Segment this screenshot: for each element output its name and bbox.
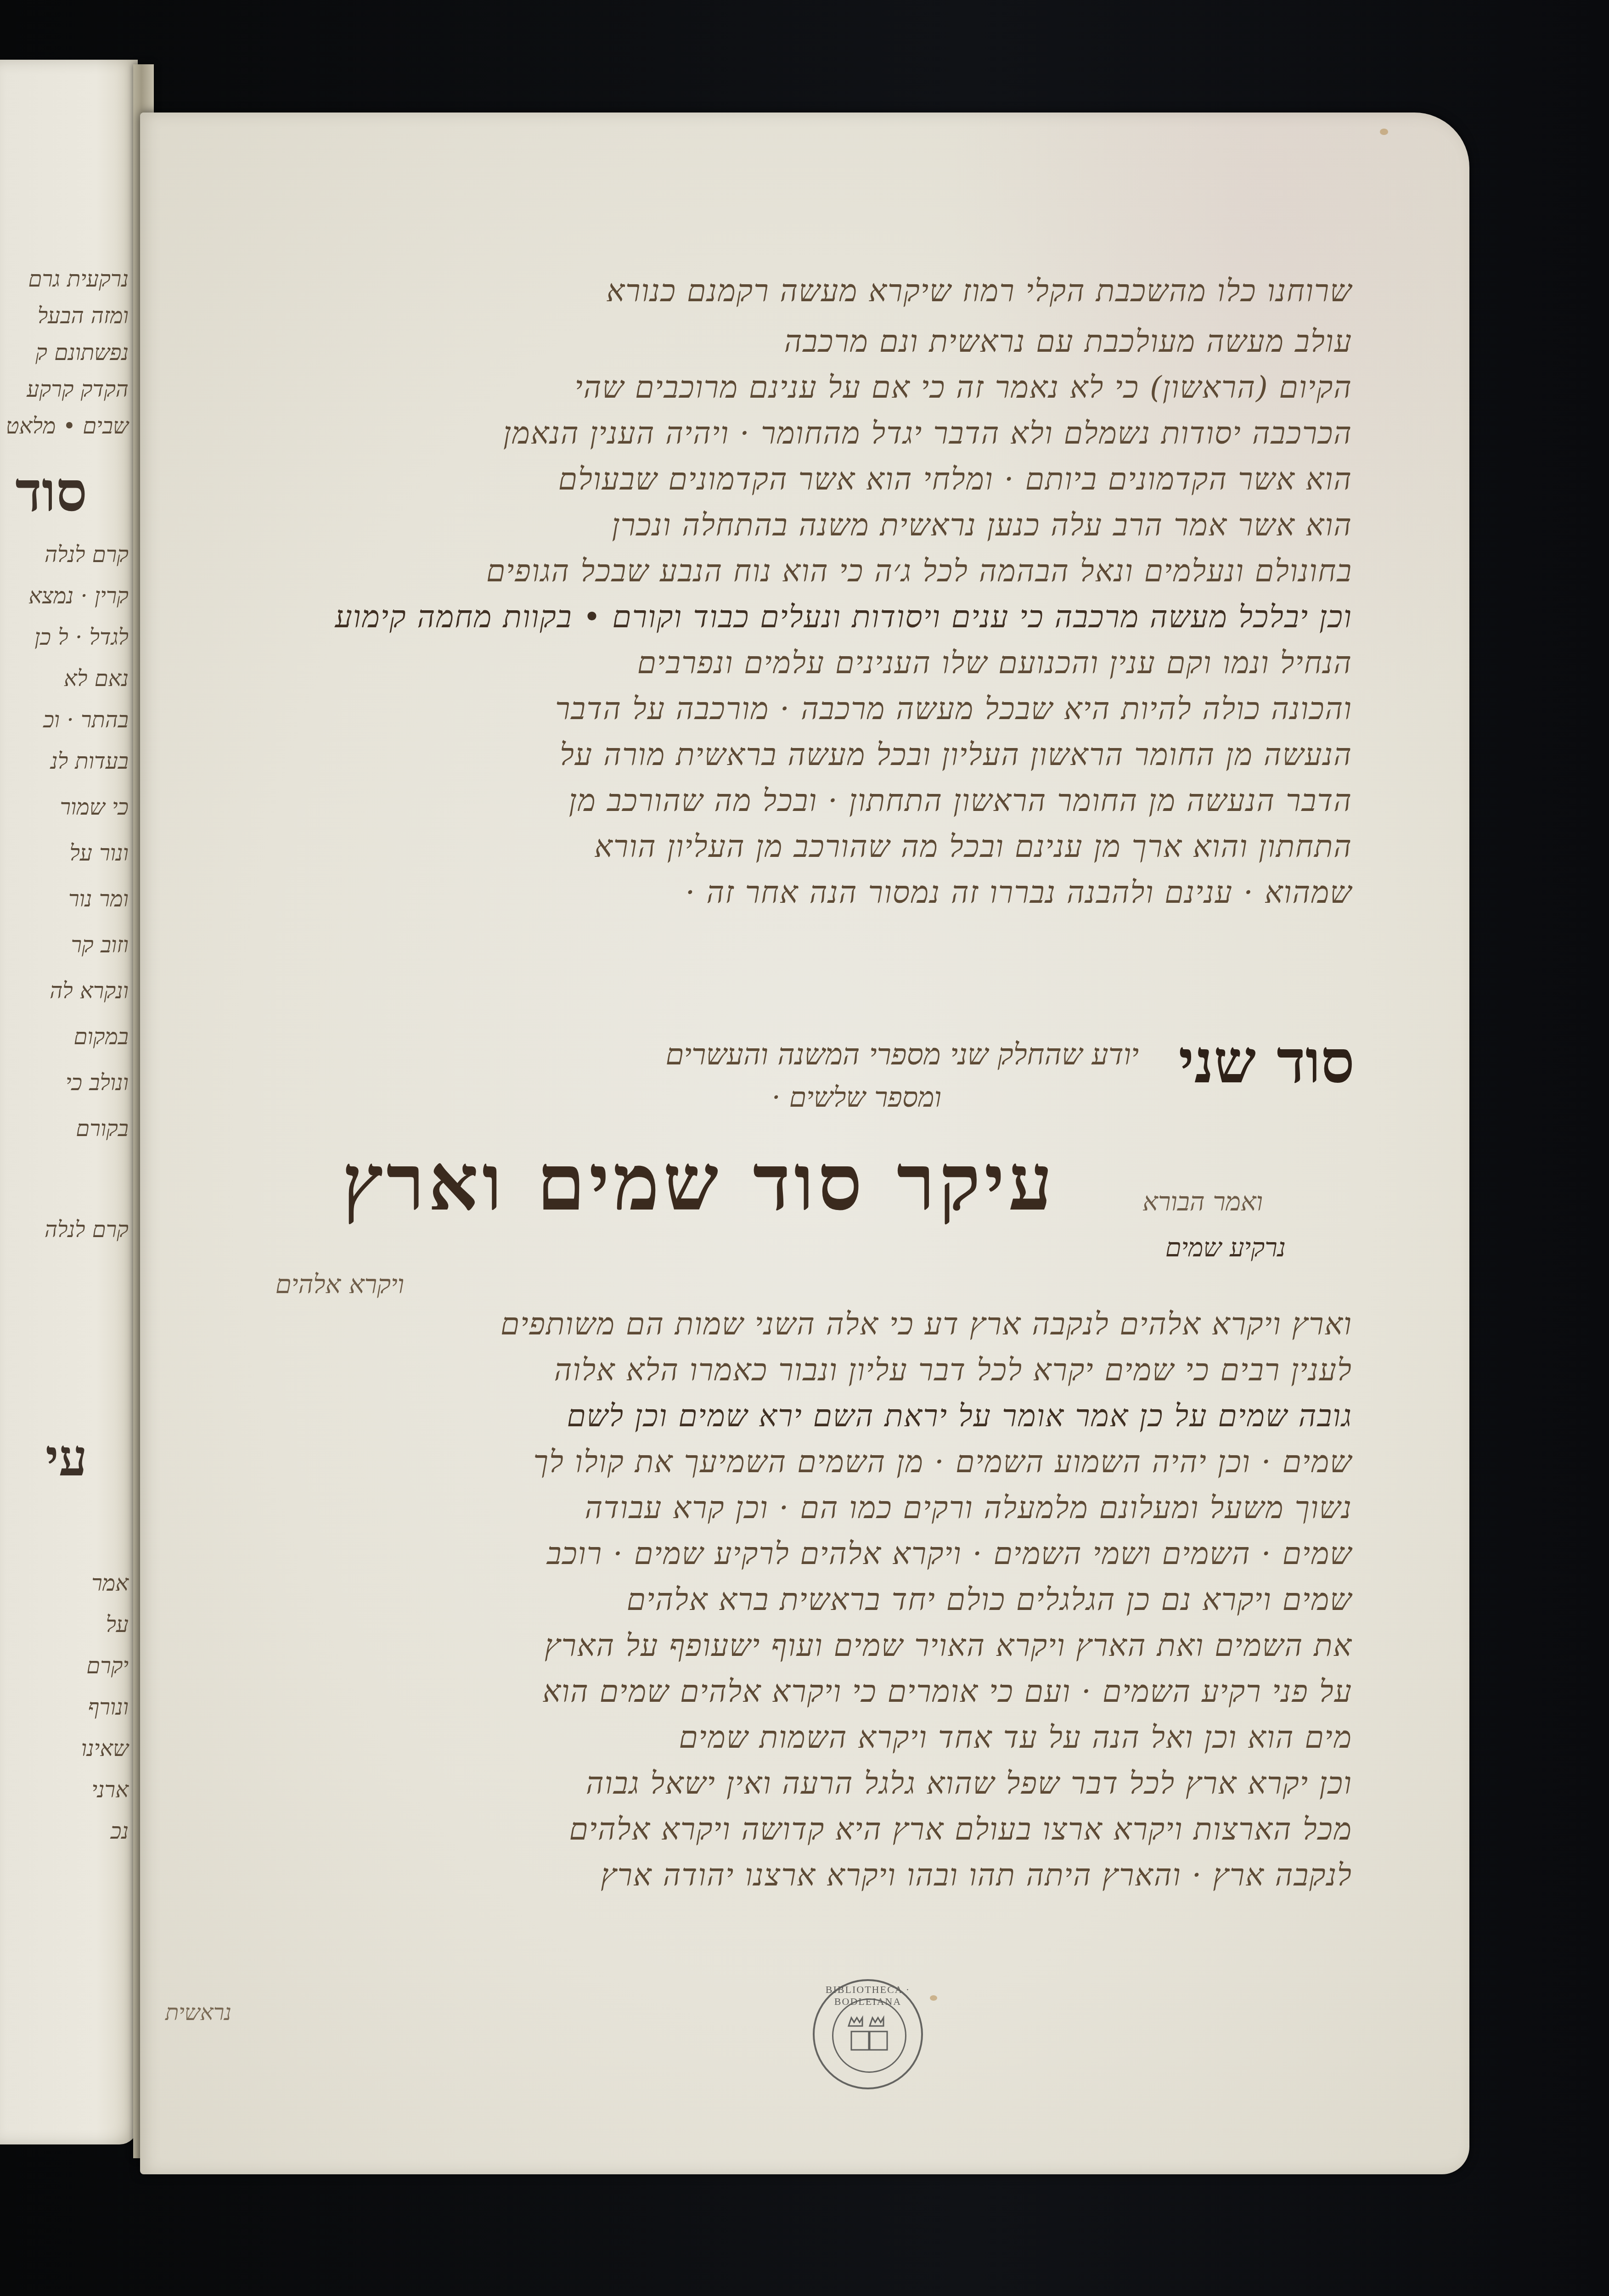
text-line: שמים · וכן יהיה השמוע השמים · מן השמים ה… bbox=[534, 1444, 1352, 1480]
text-line: וארץ ויקרא אלהים לנקבה ארץ דע כי אלה השנ… bbox=[501, 1306, 1352, 1342]
left-page-line: שבים • מלאט bbox=[6, 413, 129, 439]
left-page-line: נפשתונם ק bbox=[35, 340, 129, 366]
text-line: הנעשה מן החומר הראשון העליון ובכל מעשה ב… bbox=[560, 737, 1352, 773]
text-line: מכל הארצות ויקרא ארצו בעולם ארץ היא קדוש… bbox=[569, 1812, 1352, 1847]
text-line: והכונה כולה להיות היא שבכל מעשה מרכבה · … bbox=[555, 691, 1352, 727]
left-page-line: כי שמור bbox=[60, 794, 129, 820]
text-line: התחתון והוא ארך מן ענינם ובכל מה שהורכב … bbox=[594, 829, 1352, 865]
left-page-line: נאם לא bbox=[64, 666, 129, 692]
text-line: שמים · השמים ושמי השמים · ויקרא אלהים לר… bbox=[547, 1536, 1352, 1572]
left-page-line: בקורם bbox=[76, 1116, 129, 1142]
text-line: הוא אשר אמר הרב עלה כנען נראשית משנה בהת… bbox=[612, 507, 1352, 543]
library-stamp: BIBLIOTHECA · BODLEIANA bbox=[813, 1979, 923, 2089]
main-heading-margin-note-below: נרקיע שמים bbox=[1165, 1233, 1286, 1263]
left-page-line: שאינו bbox=[81, 1736, 129, 1761]
text-line: הוא אשר הקדמונים ביותם · ומלחי הוא אשר ה… bbox=[558, 461, 1352, 497]
text-line: שמים ויקרא נם כן הגלגלים כולם יחד בראשית… bbox=[627, 1582, 1352, 1618]
left-page-line: ומזה הבעל bbox=[38, 303, 129, 329]
left-page-line: לגדל · ל כן bbox=[34, 625, 129, 650]
text-line: שמהוא · ענינם ולהבנה נבררו זה נמסור הנה … bbox=[686, 875, 1352, 911]
left-page-line: ומר נור bbox=[68, 886, 129, 912]
left-page-line: בעדות לנ bbox=[51, 748, 129, 774]
left-page-heading: סוד bbox=[15, 459, 87, 524]
left-page-line: אמר bbox=[91, 1570, 129, 1596]
heading-sod-sheni: סוד שני bbox=[1179, 1026, 1355, 1097]
main-heading: עיקר סוד שמים וארץ bbox=[342, 1137, 1056, 1228]
text-line: הנחיל ונמו וקם ענין והכנועם שלו הענינים … bbox=[637, 645, 1352, 681]
left-page-line: נכ bbox=[111, 1818, 129, 1844]
text-line: גובה שמים על כן אמר אומר על יראת השם ירא… bbox=[567, 1398, 1352, 1434]
left-page-line: קרם לנלה bbox=[45, 1217, 129, 1243]
text-section-2: וארץ ויקרא אלהים לנקבה ארץ דע כי אלה השנ… bbox=[227, 1306, 1352, 1949]
left-facing-page: נרקעית גרם ומזה הבעל נפשתונם ק הקדק קרקע… bbox=[0, 60, 138, 2144]
text-line: וכן יקרא ארץ לכל דבר שפל שהוא גלגל הרעה … bbox=[586, 1766, 1352, 1801]
crown-icon bbox=[870, 2018, 883, 2026]
left-page-line: ונורף bbox=[88, 1694, 129, 1720]
left-page-line: נרקעית גרם bbox=[28, 266, 129, 292]
main-heading-margin-note: ואמר הבורא bbox=[1142, 1187, 1263, 1217]
left-page-line: במקום bbox=[73, 1024, 129, 1050]
left-page-line: ונקרא לה bbox=[50, 978, 129, 1004]
text-line: על פני רקיע השמים · ועם כי אומרים כי ויק… bbox=[543, 1674, 1352, 1710]
left-page-line: קרין · נמצא bbox=[28, 583, 129, 609]
crown-and-book-icon bbox=[847, 2013, 893, 2059]
crown-icon bbox=[849, 2018, 862, 2026]
catchword: נראשית bbox=[165, 2000, 231, 2026]
text-section-1: שרוחנו כלו מהשכבת הקלי רמוז שיקרא מעשה ר… bbox=[227, 113, 1352, 1123]
text-line: שרוחנו כלו מהשכבת הקלי רמוז שיקרא מעשה ר… bbox=[606, 273, 1352, 309]
stamp-text: BIBLIOTHECA · BODLEIANA bbox=[815, 1984, 921, 2008]
left-page-line: בהתר · וכ bbox=[43, 707, 129, 733]
text-line: הדבר הנעשה מן החומר הראשון התחתון · ובכל… bbox=[569, 783, 1352, 819]
left-page-line: ארני bbox=[91, 1777, 129, 1803]
text-line: עולב מעשה מעולכבת עם נראשית ונם מרכבה bbox=[784, 324, 1352, 360]
left-page-line: על bbox=[106, 1612, 129, 1638]
text-line: בחונולם ונעלמים ונאל הבהמה לכל ג׳ה כי הו… bbox=[486, 553, 1352, 589]
text-line: הקיום (הראשון) כי לא נאמר זה כי אם על ענ… bbox=[574, 370, 1352, 405]
left-page-lower-heading: עי bbox=[45, 1428, 87, 1488]
text-line: מים הוא וכן ואל הנה על עד אחד ויקרא השמו… bbox=[679, 1720, 1352, 1756]
sod-sheni-text: יודע שהחלק שני מספרי המשנה והעשרים bbox=[665, 1038, 1139, 1072]
paper-stain bbox=[1380, 129, 1388, 135]
left-page-line: וזוב קר bbox=[71, 932, 129, 958]
text-line: נשוך משעל ומעלונם מלמעלה ורקים כמו הם · … bbox=[585, 1490, 1352, 1526]
sub-note: ויקרא אלהים bbox=[276, 1270, 404, 1300]
left-page-line: ונולב כי bbox=[66, 1070, 129, 1096]
open-book-icon bbox=[851, 2032, 887, 2050]
manuscript-scene: נרקעית גרם ומזה הבעל נפשתונם ק הקדק קרקע… bbox=[0, 0, 1609, 2296]
text-line: לענין רבים כי שמים יקרא לכל דבר עליון ונ… bbox=[554, 1352, 1352, 1388]
left-page-line: קרם לנלה bbox=[45, 542, 129, 568]
paper-stain bbox=[930, 1995, 937, 2001]
left-page-line: ונור על bbox=[69, 840, 129, 866]
text-line: את השמים ואת הארץ ויקרא האויר שמים ועוף … bbox=[545, 1628, 1352, 1664]
sod-sheni-text-2: ומספר שלשים · bbox=[772, 1081, 941, 1114]
text-line: הכרכבה יסודות נשמלם ולא הדבר יגדל מהחומר… bbox=[503, 416, 1352, 451]
manuscript-page: שרוחנו כלו מהשכבת הקלי רמוז שיקרא מעשה ר… bbox=[140, 113, 1469, 2174]
text-line: לנקבה ארץ · והארץ היתה תהו ובהו ויקרא אר… bbox=[601, 1857, 1352, 1893]
left-page-line: יקרם bbox=[86, 1653, 129, 1679]
text-line: וכן יבלכל מעשה מרכבה כי ענים ויסודות ונע… bbox=[335, 599, 1353, 635]
left-page-line: הקדק קרקע bbox=[27, 377, 129, 402]
